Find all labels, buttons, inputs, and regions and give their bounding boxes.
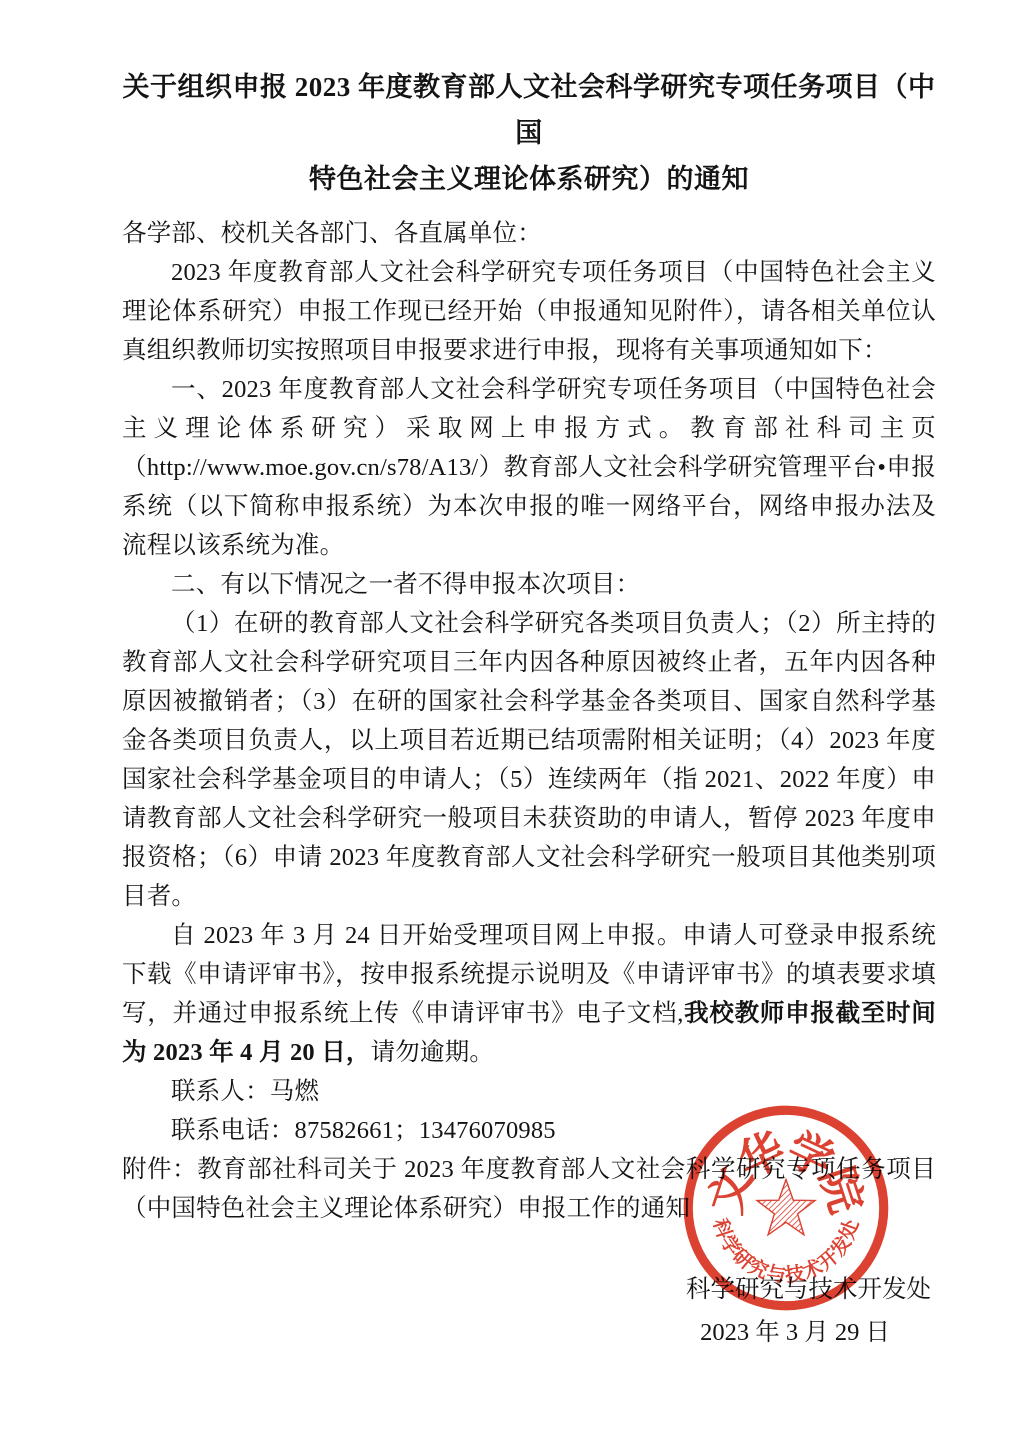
document-content: 关于组织申报 2023 年度教育部人文社会科学研究专项任务项目（中国 特色社会主… (122, 64, 936, 1354)
deadline-text-post: 请勿逾期。 (371, 1039, 495, 1066)
signature-block: 科学研究与技术开发处 2023 年 3 月 29 日 (122, 1268, 936, 1354)
title-line-2: 特色社会主义理论体系研究）的通知 (122, 156, 936, 202)
title-line-1: 关于组织申报 2023 年度教育部人文社会科学研究专项任务项目（中国 (122, 64, 936, 156)
document-page: 关于组织申报 2023 年度教育部人文社会科学研究专项任务项目（中国 特色社会主… (0, 0, 1024, 1448)
paragraph-deadline: 自 2023 年 3 月 24 日开始受理项目网上申报。申请人可登录申报系统下载… (122, 916, 936, 1072)
attachment-note: 附件：教育部社科司关于 2023 年度教育部人文社会科学研究专项任务项目（中国特… (122, 1150, 936, 1228)
signature-department: 科学研究与技术开发处 (122, 1268, 936, 1311)
paragraph-intro: 2023 年度教育部人文社会科学研究专项任务项目（中国特色社会主义理论体系研究）… (122, 253, 936, 370)
paragraph-section-2: 二、有以下情况之一者不得申报本次项目： (122, 565, 936, 604)
page-title: 关于组织申报 2023 年度教育部人文社会科学研究专项任务项目（中国 特色社会主… (122, 64, 936, 202)
contact-person: 联系人：马燃 (122, 1072, 936, 1111)
paragraph-restrictions: （1）在研的教育部人文社会科学研究各类项目负责人；（2）所主持的教育部人文社会科… (122, 604, 936, 916)
salutation: 各学部、校机关各部门、各直属单位： (122, 214, 936, 253)
signature-date: 2023 年 3 月 29 日 (122, 1311, 936, 1354)
contact-phone: 联系电话：87582661；13476070985 (122, 1111, 936, 1150)
paragraph-section-1: 一、2023 年度教育部人文社会科学研究专项任务项目（中国特色社会主义理论体系研… (122, 370, 936, 565)
